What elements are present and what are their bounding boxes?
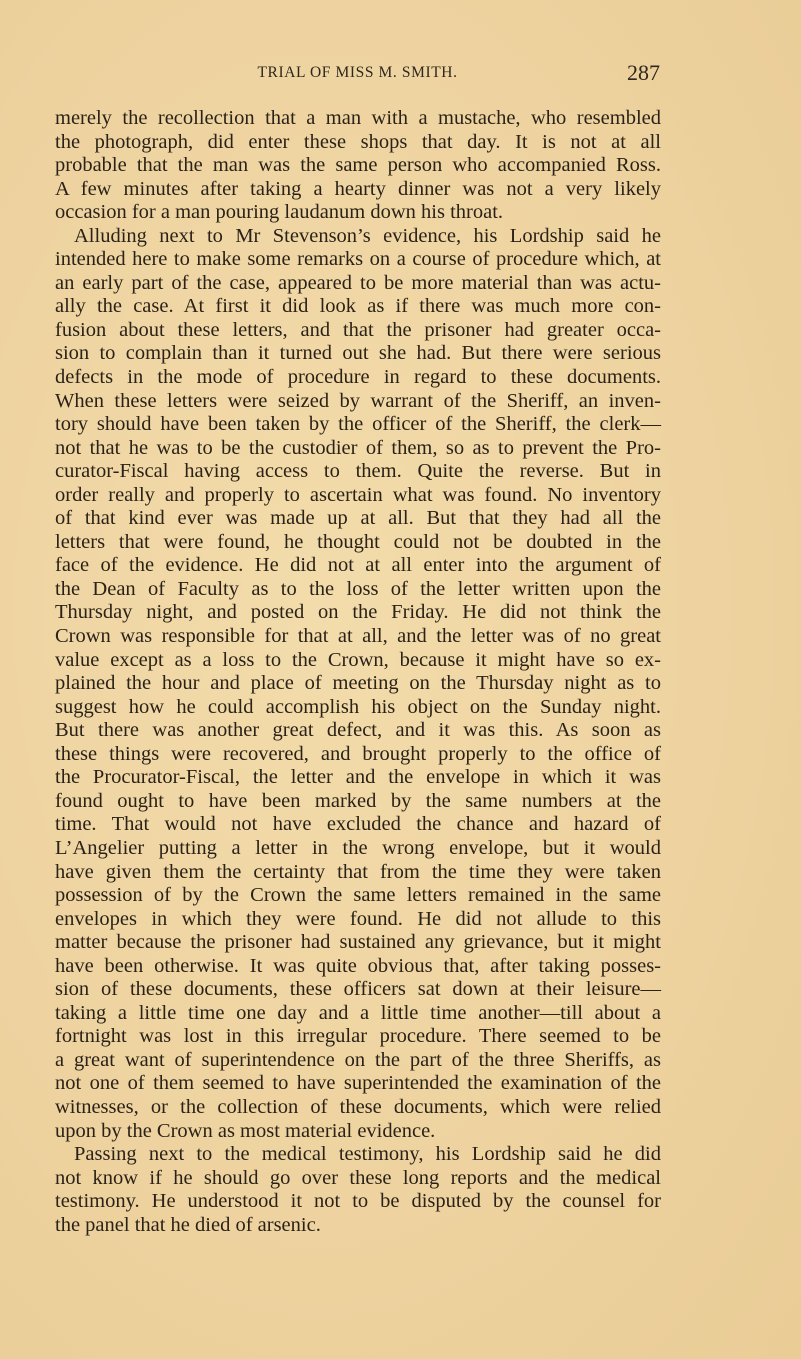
text-line: Crown was responsible for that at all, a… bbox=[55, 625, 661, 649]
page-number: 287 bbox=[627, 60, 660, 86]
text-line: probable that the man was the same perso… bbox=[55, 154, 661, 178]
text-line: sion of these documents, these officers … bbox=[55, 978, 661, 1002]
text-line: have given them the certainty that from … bbox=[55, 861, 661, 885]
text-line: letters that were found, he thought coul… bbox=[55, 531, 661, 555]
text-line: the Procurator-Fiscal, the letter and th… bbox=[55, 766, 661, 790]
text-line: Thursday night, and posted on the Friday… bbox=[55, 601, 661, 625]
text-line: order really and properly to ascertain w… bbox=[55, 484, 661, 508]
text-line: not that he was to be the custodier of t… bbox=[55, 437, 661, 461]
text-line: testimony. He understood it not to be di… bbox=[55, 1190, 661, 1214]
text-line: curator-Fiscal having access to them. Qu… bbox=[55, 460, 661, 484]
text-line: But there was another great defect, and … bbox=[55, 719, 661, 743]
text-line: found ought to have been marked by the s… bbox=[55, 790, 661, 814]
text-line: merely the recollection that a man with … bbox=[55, 107, 661, 131]
text-line: witnesses, or the collection of these do… bbox=[55, 1096, 661, 1120]
text-line: ally the case. At first it did look as i… bbox=[55, 295, 661, 319]
text-line: intended here to make some remarks on a … bbox=[55, 248, 661, 272]
text-line: face of the evidence. He did not at all … bbox=[55, 554, 661, 578]
text-line: tory should have been taken by the offic… bbox=[55, 413, 661, 437]
text-line: the Dean of Faculty as to the loss of th… bbox=[55, 578, 661, 602]
text-line: matter because the prisoner had sustaine… bbox=[55, 931, 661, 955]
text-line: taking a little time one day and a littl… bbox=[55, 1002, 661, 1026]
text-line: upon by the Crown as most material evide… bbox=[55, 1120, 661, 1144]
text-line: fortnight was lost in this irregular pro… bbox=[55, 1025, 661, 1049]
text-line: plained the hour and place of meeting on… bbox=[55, 672, 661, 696]
text-line: Alluding next to Mr Stevenson’s evidence… bbox=[55, 225, 661, 249]
text-line: these things were recovered, and brought… bbox=[55, 743, 661, 767]
text-line: defects in the mode of procedure in rega… bbox=[55, 366, 661, 390]
text-line: the panel that he died of arsenic. bbox=[55, 1214, 661, 1238]
text-line: time. That would not have excluded the c… bbox=[55, 813, 661, 837]
book-page: TRIAL OF MISS M. SMITH. 287 merely the r… bbox=[0, 0, 801, 1359]
text-line: A few minutes after taking a hearty dinn… bbox=[55, 178, 661, 202]
text-line: not one of them seemed to have superinte… bbox=[55, 1072, 661, 1096]
text-line: envelopes in which they were found. He d… bbox=[55, 908, 661, 932]
text-line: the photograph, did enter these shops th… bbox=[55, 131, 661, 155]
text-line: fusion about these letters, and that the… bbox=[55, 319, 661, 343]
paragraph: merely the recollection that a man with … bbox=[55, 107, 661, 225]
paragraph: Alluding next to Mr Stevenson’s evidence… bbox=[55, 225, 661, 1143]
paragraph: Passing next to the medical testimony, h… bbox=[55, 1143, 661, 1237]
text-line: not know if he should go over these long… bbox=[55, 1167, 661, 1191]
text-line: suggest how he could accomplish his obje… bbox=[55, 696, 661, 720]
text-line: an early part of the case, appeared to b… bbox=[55, 272, 661, 296]
text-line: occasion for a man pouring laudanum down… bbox=[55, 201, 661, 225]
text-line: L’Angelier putting a letter in the wrong… bbox=[55, 837, 661, 861]
body-text: merely the recollection that a man with … bbox=[55, 107, 661, 1237]
text-line: have been otherwise. It was quite obviou… bbox=[55, 955, 661, 979]
text-line: possession of by the Crown the same lett… bbox=[55, 884, 661, 908]
text-line: Passing next to the medical testimony, h… bbox=[55, 1143, 661, 1167]
text-line: a great want of superintendence on the p… bbox=[55, 1049, 661, 1073]
text-line: sion to complain than it turned out she … bbox=[55, 342, 661, 366]
text-line: value except as a loss to the Crown, bec… bbox=[55, 649, 661, 673]
running-head: TRIAL OF MISS M. SMITH. 287 bbox=[55, 60, 660, 88]
text-line: of that kind ever was made up at all. Bu… bbox=[55, 507, 661, 531]
text-line: When these letters were seized by warran… bbox=[55, 390, 661, 414]
running-title: TRIAL OF MISS M. SMITH. bbox=[55, 64, 660, 82]
